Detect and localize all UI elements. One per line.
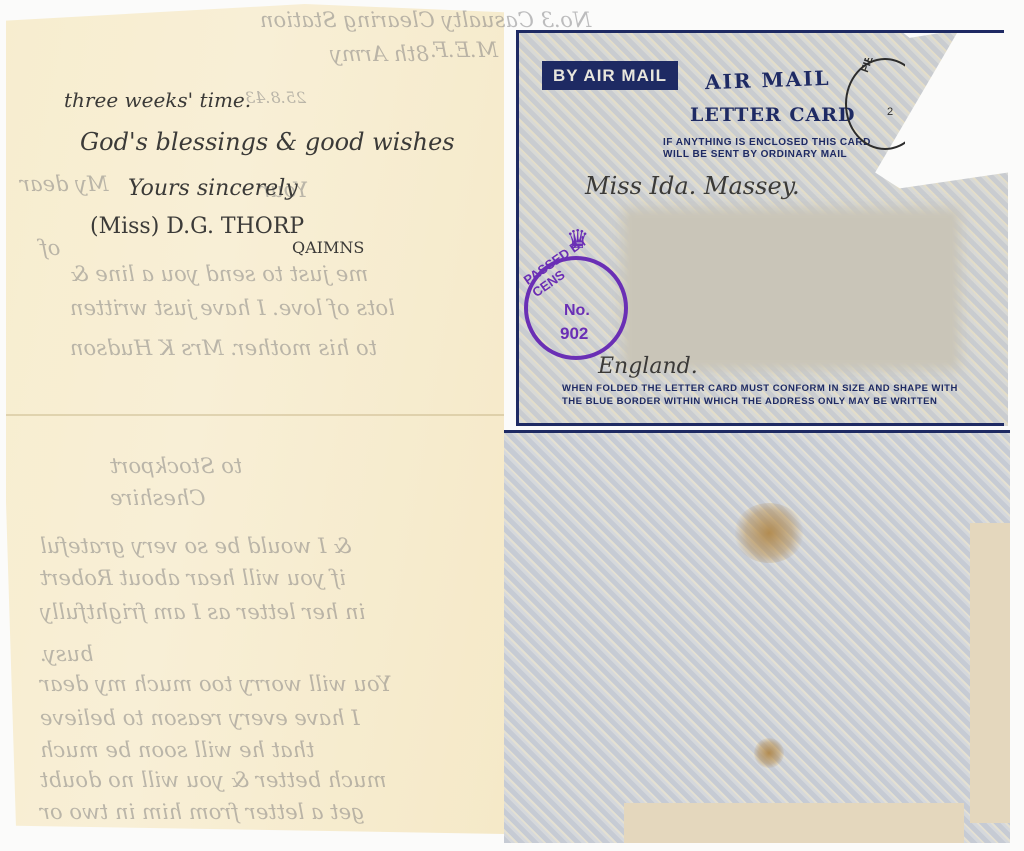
body-faint-line: lots of love. I have just written bbox=[70, 296, 395, 320]
date-faint: 25.8.43 bbox=[245, 88, 306, 107]
censor-label: No. bbox=[564, 302, 590, 320]
header-faint-line: M.E.F. bbox=[430, 38, 498, 62]
card-back-panel bbox=[504, 430, 1010, 843]
addressee-name: Miss Ida. Massey. bbox=[585, 172, 800, 200]
body-faint-line: that he will soon be much bbox=[40, 738, 315, 762]
redacted-address bbox=[628, 214, 954, 364]
body-faint-line: much better & you will no doubt bbox=[40, 768, 387, 792]
unit-name: QAIMNS bbox=[292, 238, 364, 257]
closing-sincerely: Yours sincerely bbox=[128, 176, 298, 201]
header-faint-line: 8th Army bbox=[330, 42, 429, 66]
stain bbox=[754, 738, 784, 768]
fold-note: WHEN FOLDED THE LETTER CARD MUST CONFORM… bbox=[562, 383, 958, 394]
body-faint-line: get a letter from him in two or bbox=[40, 800, 365, 824]
fold-line bbox=[6, 414, 504, 416]
censor-number: 902 bbox=[560, 324, 588, 344]
body-faint-line: in her letter as I am frightfully bbox=[40, 600, 365, 624]
bottom-flap bbox=[624, 803, 964, 843]
body-faint-line: You will worry too much my dear bbox=[40, 672, 392, 696]
body-faint-line: me just to send you a line & bbox=[70, 262, 368, 286]
body-faint-line: & I would be so very grateful bbox=[40, 534, 352, 558]
body-faint-line: My dear bbox=[20, 172, 108, 196]
card-title-lettercard: LETTER CARD bbox=[690, 104, 855, 126]
postmark-digit: 2 bbox=[887, 106, 893, 118]
body-faint-line: of bbox=[40, 236, 60, 260]
side-flap bbox=[970, 523, 1010, 823]
censor-stamp: PASSED BY CENS No. 902 bbox=[524, 256, 628, 360]
body-faint-line: busy. bbox=[40, 642, 94, 666]
body-faint-line: if you will hear about Robert bbox=[40, 566, 346, 590]
by-air-mail-badge: BY AIR MAIL bbox=[542, 61, 678, 90]
stain bbox=[734, 503, 804, 563]
enclosure-note: WILL BE SENT BY ORDINARY MAIL bbox=[663, 149, 847, 160]
card-title-airmail: AIR MAIL bbox=[705, 66, 831, 94]
address-country: England. bbox=[598, 354, 698, 379]
closing-blessings: God's blessings & good wishes bbox=[80, 128, 455, 156]
body-faint-line: I have every reason to believe bbox=[40, 706, 360, 730]
closing-line: three weeks' time. bbox=[64, 88, 251, 112]
body-faint-line: to Stockport bbox=[110, 454, 242, 478]
enclosure-note: IF ANYTHING IS ENCLOSED THIS CARD bbox=[663, 137, 871, 148]
signature: (Miss) D.G. THORP bbox=[90, 214, 304, 239]
body-faint-line: Cheshire bbox=[110, 486, 206, 510]
body-faint-line: to his mother. Mrs K Hudson bbox=[70, 336, 377, 360]
fold-note: THE BLUE BORDER WITHIN WHICH THE ADDRESS… bbox=[562, 396, 937, 407]
